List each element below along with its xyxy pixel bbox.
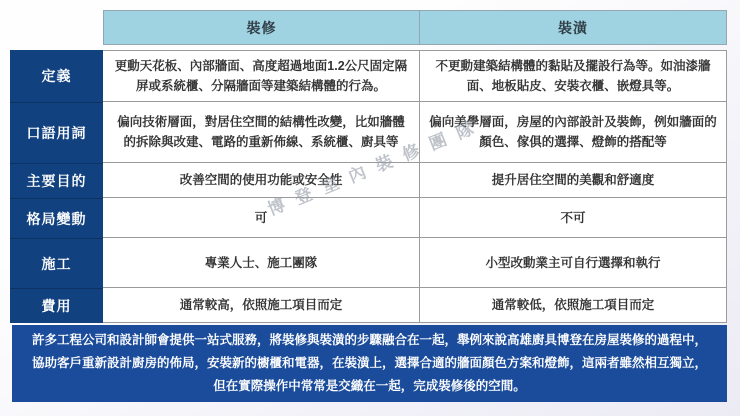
summary-line-1: 許多工程公司和設計師會提供一站式服務，將裝修與裝潢的步驟融合在一起，舉例來說高雄… — [32, 329, 707, 352]
table-row-colloquial: 口語用詞 偏向技術層面，對居住空間的結構性改變，比如牆體的拆除與改建、電路的重新… — [10, 102, 727, 163]
cell-zhuangxiu-colloquial: 偏向技術層面，對居住空間的結構性改變，比如牆體的拆除與改建、電路的重新佈線、系統… — [103, 102, 420, 163]
cell-zhuangxiu-cost: 通常較高，依照施工項目而定 — [103, 288, 420, 323]
row-label: 主要目的 — [10, 163, 103, 198]
cell-zhuanghuang-colloquial: 偏向美學層面，房屋的內部設計及裝飾，例如牆面的顏色、傢俱的選擇、燈飾的搭配等 — [420, 102, 727, 163]
cell-zhuangxiu-definition: 更動天花板、內部牆面、高度超過地面1.2公尺固定隔屏或系統櫃、分隔牆面等建築結構… — [103, 50, 420, 102]
cell-zhuangxiu-layout-change: 可 — [103, 198, 420, 238]
table-row-definition: 定義 更動天花板、內部牆面、高度超過地面1.2公尺固定隔屏或系統櫃、分隔牆面等建… — [10, 50, 727, 102]
column-header-zhuanghuang: 裝潢 — [420, 10, 727, 45]
table-row-layout-change: 格局變動 可 不可 — [10, 198, 727, 238]
comparison-table-body: 定義 更動天花板、內部牆面、高度超過地面1.2公尺固定隔屏或系統櫃、分隔牆面等建… — [10, 50, 727, 323]
cell-zhuanghuang-purpose: 提升居住空間的美觀和舒適度 — [420, 163, 727, 198]
row-label: 施工 — [10, 238, 103, 288]
table-row-construction: 施工 專業人士、施工團隊 小型改動業主可自行選擇和執行 — [10, 238, 727, 288]
cell-zhuanghuang-layout-change: 不可 — [420, 198, 727, 238]
cell-zhuangxiu-purpose: 改善空間的使用功能或安全性 — [103, 163, 420, 198]
summary-line-2: 協助客戶重新設計廚房的佈局，安裝新的櫥櫃和電器，在裝潢上，選擇合適的牆面顏色方案… — [32, 352, 707, 375]
row-label: 費用 — [10, 288, 103, 323]
table-row-cost: 費用 通常較高，依照施工項目而定 通常較低，依照施工項目而定 — [10, 288, 727, 323]
table-header-row: 裝修 裝潢 — [103, 10, 727, 45]
summary-note: 許多工程公司和設計師會提供一站式服務，將裝修與裝潢的步驟融合在一起，舉例來說高雄… — [12, 325, 727, 402]
column-header-zhuangxiu: 裝修 — [103, 10, 420, 45]
cell-zhuanghuang-cost: 通常較低，依照施工項目而定 — [420, 288, 727, 323]
table-row-purpose: 主要目的 改善空間的使用功能或安全性 提升居住空間的美觀和舒適度 — [10, 163, 727, 198]
cell-zhuanghuang-construction: 小型改動業主可自行選擇和執行 — [420, 238, 727, 288]
cell-zhuanghuang-definition: 不更動建築結構體的黏貼及擺設行為等。如油漆牆面、地板貼皮、安裝衣櫃、嵌燈具等。 — [420, 50, 727, 102]
summary-line-3: 但在實際操作中常常是交織在一起，完成裝修後的空間。 — [32, 375, 707, 398]
row-label: 定義 — [10, 50, 103, 102]
cell-zhuangxiu-construction: 專業人士、施工團隊 — [103, 238, 420, 288]
row-label: 格局變動 — [10, 198, 103, 238]
row-label: 口語用詞 — [10, 102, 103, 163]
comparison-infographic: 裝修 裝潢 定義 更動天花板、內部牆面、高度超過地面1.2公尺固定隔屏或系統櫃、… — [0, 0, 740, 416]
